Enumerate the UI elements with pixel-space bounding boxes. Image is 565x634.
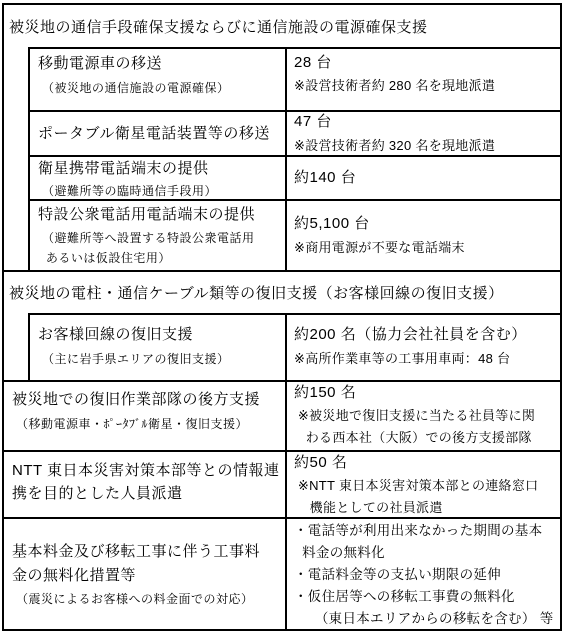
row-item: ポータブル衛星電話装置等の移送 xyxy=(38,124,281,144)
table-row: 特設公衆電話用電話端末の提供 （避難所等へ設置する特設公衆電話用 あるいは仮設住… xyxy=(30,199,560,270)
row-value: 約50 名 xyxy=(294,453,558,473)
row-detail: ※被災地で復旧支援に当たる社員等に関 わる西本社（大阪）での後方支援部隊 xyxy=(294,405,558,449)
table-row: 基本料金及び移転工事に伴う工事料 金の無料化措置等 （震災によるお客様への料金面… xyxy=(4,517,560,629)
right-cell: 約140 台 xyxy=(287,157,560,199)
section1-subtable: 移動電源車の移送 （被災地の通信施設の電源確保） 28 台 ※設営技術者約 28… xyxy=(28,47,560,270)
row-item: 基本料金及び移転工事に伴う工事料 金の無料化措置等 xyxy=(12,540,281,588)
row-detail: ※高所作業車等の工事用車両：48 台 xyxy=(294,348,558,369)
row-detail: ・電話等が利用出来なかった期間の基本 料金の無料化 ・電話料金等の支払い期限の延… xyxy=(294,520,558,629)
row-detail: ※商用電源が不要な電話端末 xyxy=(294,237,558,259)
section1-title: 被災地の通信手段確保支援ならびに通信施設の電源確保支援 xyxy=(4,5,560,47)
right-cell: 約150 名 ※被災地で復旧支援に当たる社員等に関 わる西本社（大阪）での後方支… xyxy=(287,382,560,450)
row-detail: ※NTT 東日本災害対策本部との連絡窓口 機能としての社員派遣 xyxy=(294,475,558,517)
table-row: NTT 東日本災害対策本部等との情報連 携を目的とした人員派遣 約50 名 ※N… xyxy=(4,450,560,517)
row-note: （主に岩手県エリアの復旧支援） xyxy=(38,349,281,369)
left-cell: ポータブル衛星電話装置等の移送 xyxy=(30,112,287,155)
section2-subtable: お客様回線の復旧支援 （主に岩手県エリアの復旧支援） 約200 名（協力会社社員… xyxy=(28,313,560,380)
row-value: 約200 名（協力会社社員を含む） xyxy=(294,325,558,345)
left-cell: NTT 東日本災害対策本部等との情報連 携を目的とした人員派遣 xyxy=(4,452,287,517)
section2-title: 被災地の電柱・通信ケーブル類等の復旧支援（お客様回線の復旧支援） xyxy=(4,270,560,313)
left-cell: 移動電源車の移送 （被災地の通信施設の電源確保） xyxy=(30,49,287,110)
right-cell: 約200 名（協力会社社員を含む） ※高所作業車等の工事用車両：48 台 xyxy=(287,315,560,380)
row-value: 28 台 xyxy=(294,53,558,73)
table-row: 移動電源車の移送 （被災地の通信施設の電源確保） 28 台 ※設営技術者約 28… xyxy=(30,49,560,110)
row-item: NTT 東日本災害対策本部等との情報連 携を目的とした人員派遣 xyxy=(12,459,281,505)
row-note: （被災地の通信施設の電源確保） xyxy=(38,78,281,98)
left-cell: 基本料金及び移転工事に伴う工事料 金の無料化措置等 （震災によるお客様への料金面… xyxy=(4,519,287,629)
right-cell: ・電話等が利用出来なかった期間の基本 料金の無料化 ・電話料金等の支払い期限の延… xyxy=(287,519,560,629)
row-item: 被災地での復旧作業部隊の後方支援 xyxy=(12,390,281,410)
table-row: ポータブル衛星電話装置等の移送 47 台 ※設営技術者約 320 名を現地派遣 xyxy=(30,110,560,155)
left-cell: お客様回線の復旧支援 （主に岩手県エリアの復旧支援） xyxy=(30,315,287,380)
disaster-support-table: 被災地の通信手段確保支援ならびに通信施設の電源確保支援 移動電源車の移送 （被災… xyxy=(2,3,562,631)
row-item: 移動電源車の移送 xyxy=(38,54,281,74)
row-item: 衛星携帯電話端末の提供 xyxy=(38,159,281,179)
table-row: 被災地での復旧作業部隊の後方支援 （移動電源車・ﾎﾟｰﾀﾌﾞﾙ衛星・復旧支援） … xyxy=(4,380,560,450)
row-detail: ※設営技術者約 280 名を現地派遣 xyxy=(294,75,558,97)
right-cell: 約50 名 ※NTT 東日本災害対策本部との連絡窓口 機能としての社員派遣 xyxy=(287,452,560,517)
document-page: 被災地の通信手段確保支援ならびに通信施設の電源確保支援 移動電源車の移送 （被災… xyxy=(0,0,565,634)
row-note: （避難所等へ設置する特設公衆電話用 あるいは仮設住宅用） xyxy=(38,228,281,268)
row-detail: ※設営技術者約 320 名を現地派遣 xyxy=(294,135,558,155)
row-item: 特設公衆電話用電話端末の提供 xyxy=(38,205,281,225)
table-row: お客様回線の復旧支援 （主に岩手県エリアの復旧支援） 約200 名（協力会社社員… xyxy=(30,315,560,380)
left-cell: 衛星携帯電話端末の提供 （避難所等の臨時通信手段用） xyxy=(30,157,287,199)
table-row: 衛星携帯電話端末の提供 （避難所等の臨時通信手段用） 約140 台 xyxy=(30,155,560,199)
row-note: （震災によるお客様への料金面での対応） xyxy=(12,589,281,609)
right-cell: 約5,100 台 ※商用電源が不要な電話端末 xyxy=(287,201,560,270)
left-cell: 特設公衆電話用電話端末の提供 （避難所等へ設置する特設公衆電話用 あるいは仮設住… xyxy=(30,201,287,270)
row-value: 約140 台 xyxy=(294,168,558,188)
row-value: 47 台 xyxy=(294,112,558,132)
left-cell: 被災地での復旧作業部隊の後方支援 （移動電源車・ﾎﾟｰﾀﾌﾞﾙ衛星・復旧支援） xyxy=(4,382,287,450)
row-value: 約150 名 xyxy=(294,383,558,403)
right-cell: 47 台 ※設営技術者約 320 名を現地派遣 xyxy=(287,112,560,155)
row-note: （移動電源車・ﾎﾟｰﾀﾌﾞﾙ衛星・復旧支援） xyxy=(12,414,281,434)
row-item: お客様回線の復旧支援 xyxy=(38,325,281,345)
row-value: 約5,100 台 xyxy=(294,214,558,234)
right-cell: 28 台 ※設営技術者約 280 名を現地派遣 xyxy=(287,49,560,110)
row-note: （避難所等の臨時通信手段用） xyxy=(38,181,281,199)
